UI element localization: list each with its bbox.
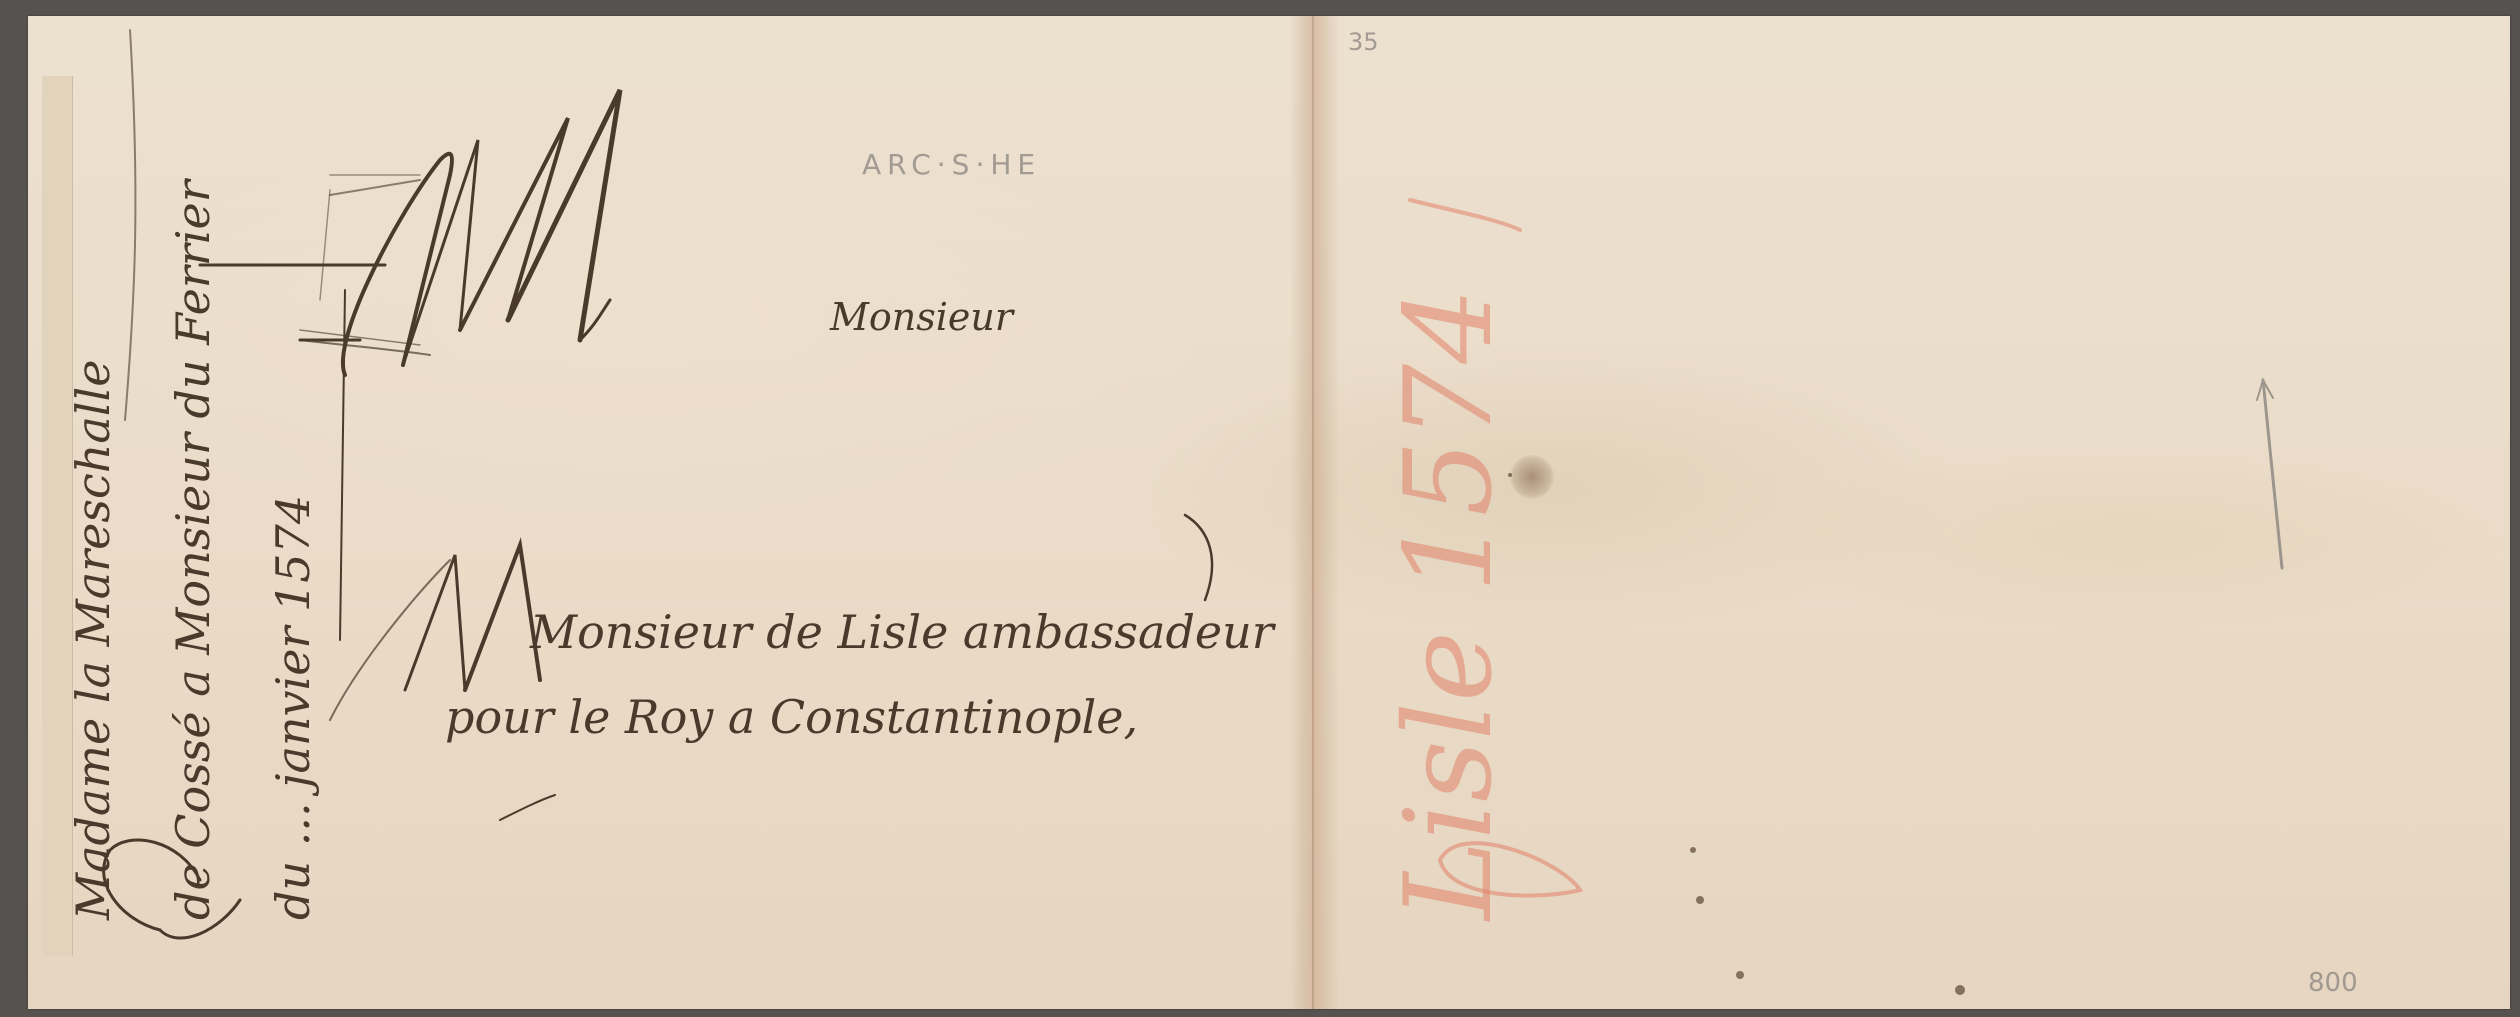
margin-note-line-1: Madame la Mareschalle bbox=[70, 360, 116, 920]
fold-crease bbox=[1312, 16, 1314, 1009]
pencil-folio-number: 35 bbox=[1348, 28, 1379, 56]
pencil-catalog-number: 800 bbox=[2308, 968, 2358, 998]
margin-note-line-3: du ... janvier 1574 bbox=[270, 495, 316, 920]
address-line-1: Monsieur de Lisle ambassadeur bbox=[530, 605, 1274, 659]
margin-note-line-2: de Cossé a Monsieur du Ferrier bbox=[170, 180, 216, 920]
address-line-2: pour le Roy a Constantinople, bbox=[445, 690, 1138, 744]
margin-note: Madame la Mareschalle de Cossé a Monsieu… bbox=[50, 60, 380, 920]
pencil-archive-mark: ARC·S·HE bbox=[862, 148, 1041, 181]
salutation-text: Monsieur bbox=[830, 295, 1013, 339]
paper-fold bbox=[1290, 16, 1340, 1009]
red-chalk-annotation: Lisle 1574 bbox=[1380, 287, 1519, 920]
salutation-flourish bbox=[340, 80, 900, 380]
